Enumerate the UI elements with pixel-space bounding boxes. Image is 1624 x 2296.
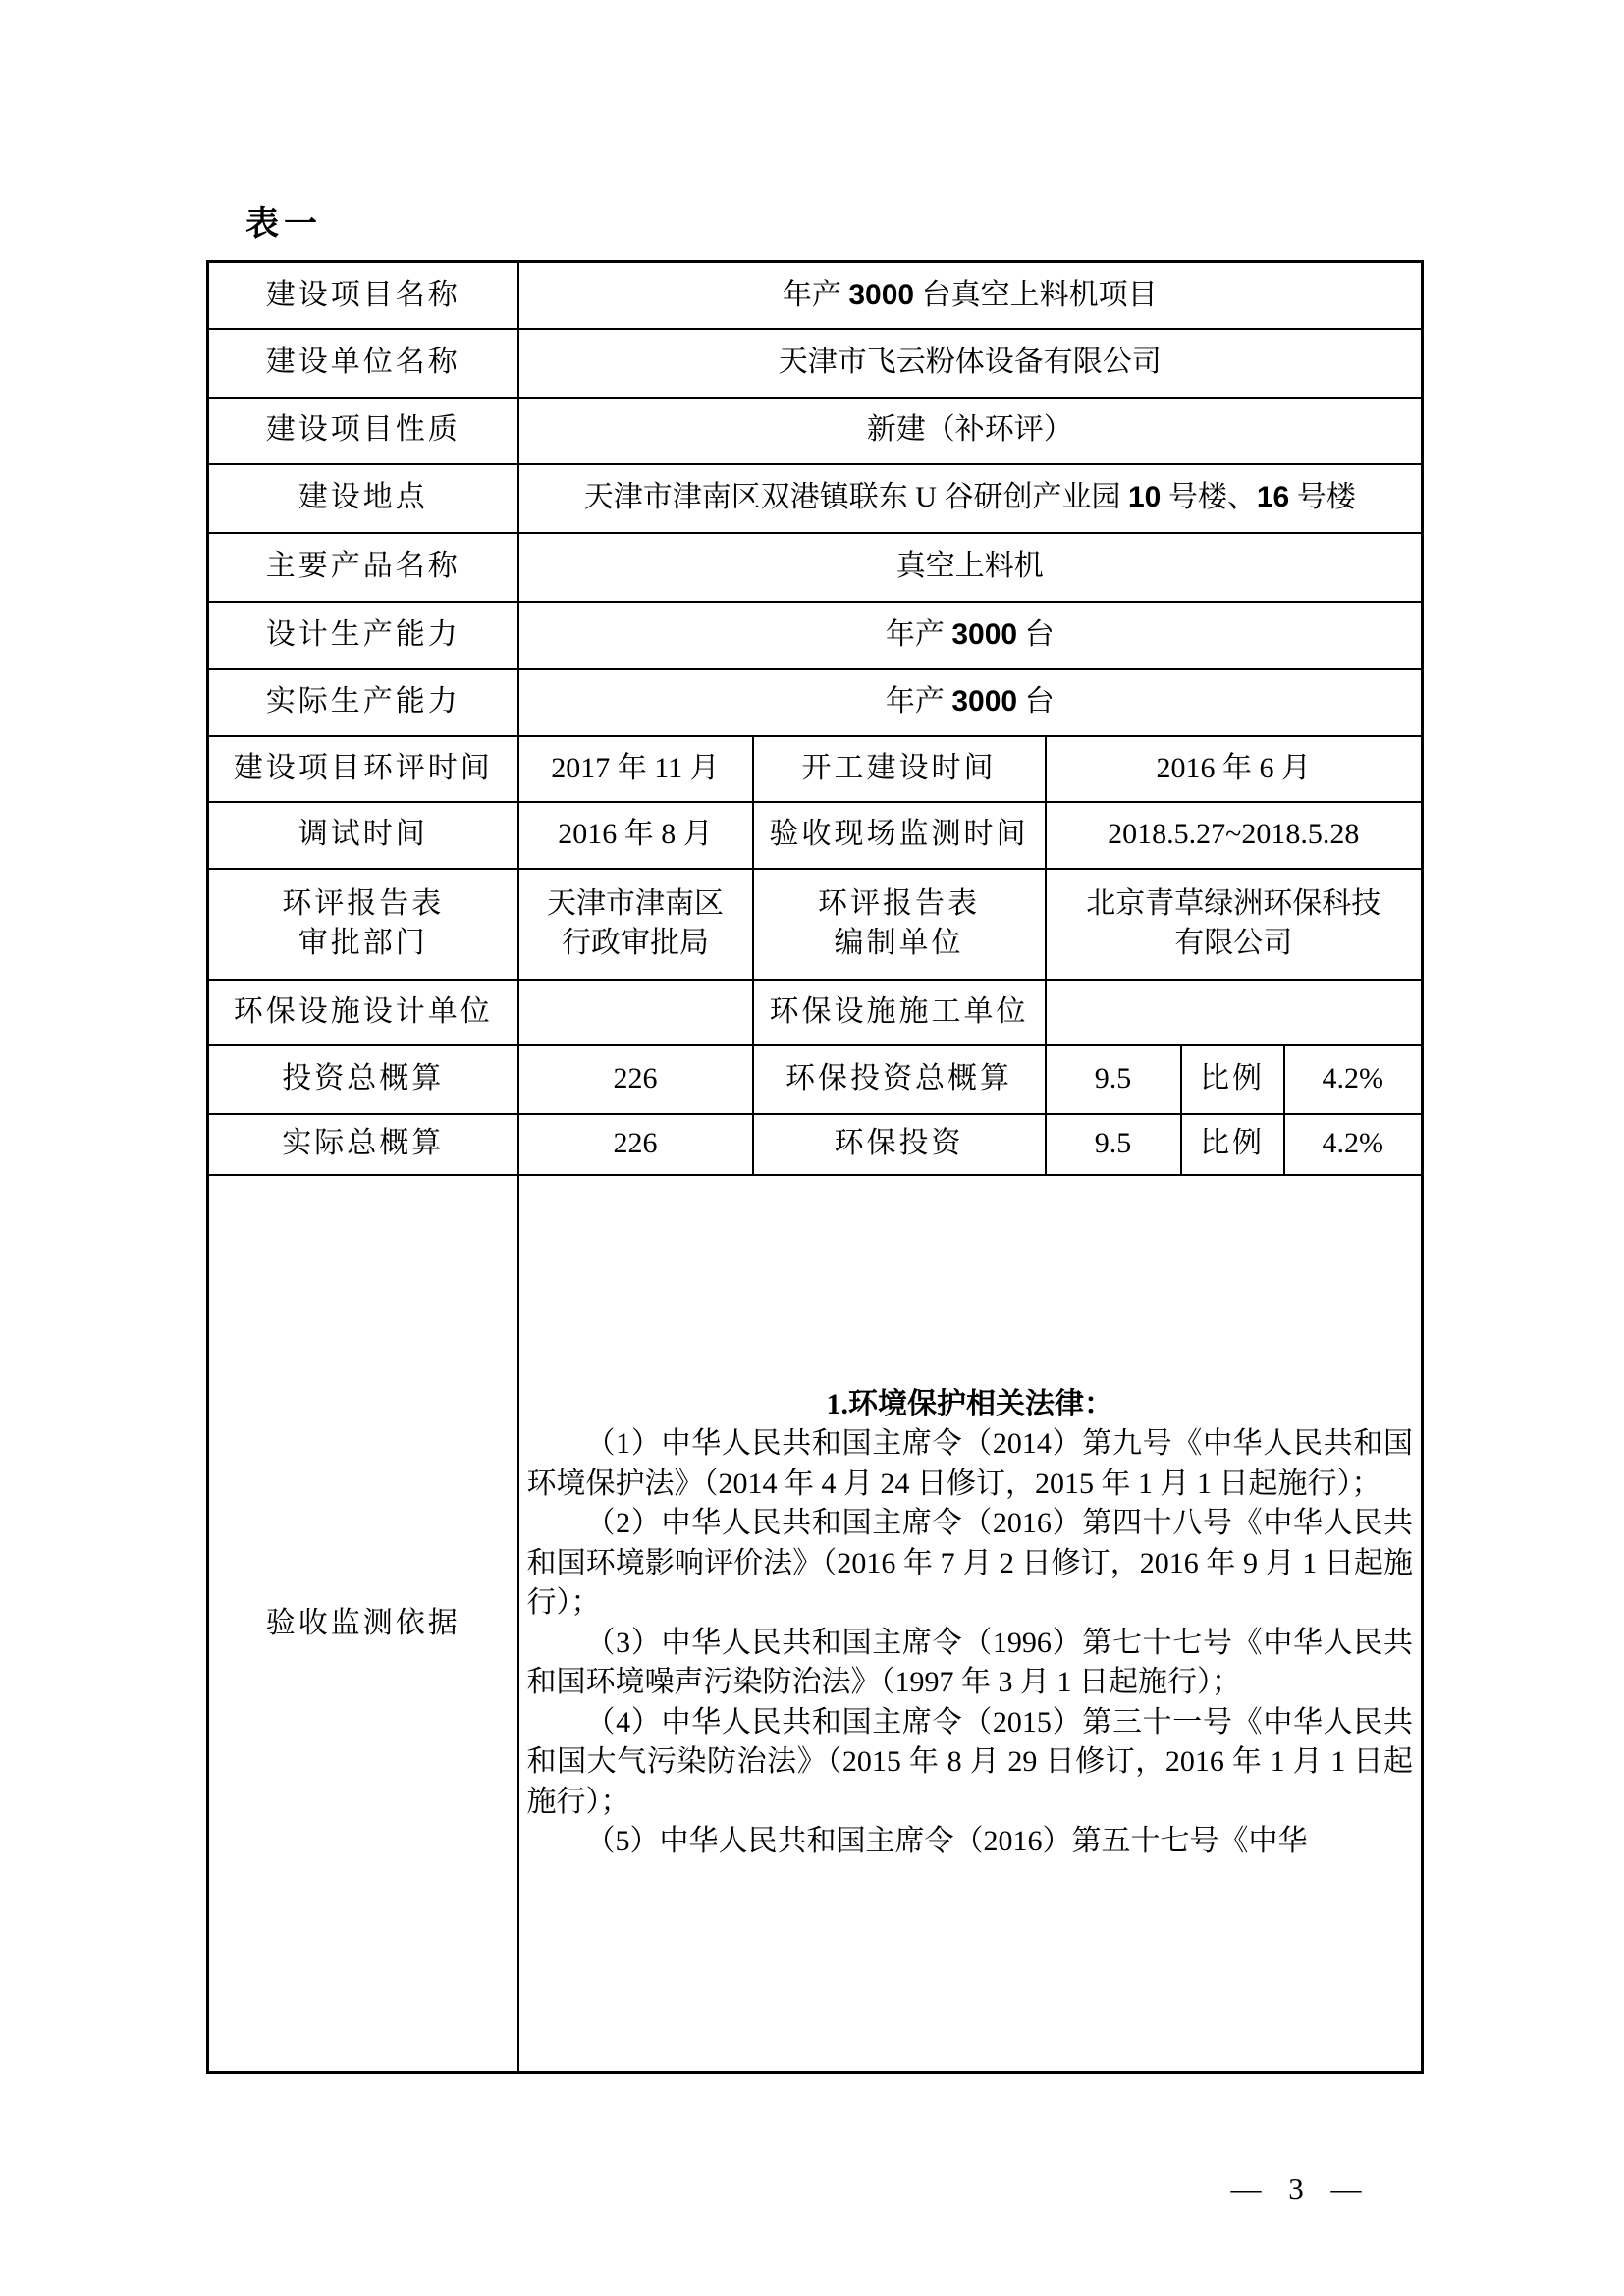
value-project-name: 年产 3000 台真空上料机项目 (518, 262, 1423, 329)
label-actual-total-budget: 实际总概算 (208, 1114, 518, 1175)
table-row: 建设单位名称 天津市飞云粉体设备有限公司 (208, 329, 1423, 398)
label-env-investment: 环保投资 (753, 1114, 1046, 1175)
value-actual-total-budget: 226 (518, 1114, 753, 1175)
label-eia-compiler: 环评报告表 编制单位 (753, 869, 1046, 980)
table-row: 主要产品名称 真空上料机 (208, 533, 1423, 602)
value-total-investment-budget: 226 (518, 1045, 753, 1114)
label-construction-unit: 建设单位名称 (208, 329, 518, 398)
label-actual-capacity: 实际生产能力 (208, 669, 518, 736)
table-row: 验收监测依据 1.环境保护相关法律： （1）中华人民共和国主席令（2014）第九… (208, 1175, 1423, 2073)
table-row: 实际总概算 226 环保投资 9.5 比例 4.2% (208, 1114, 1423, 1175)
value-env-investment: 9.5 (1046, 1114, 1181, 1175)
value-construction-unit: 天津市飞云粉体设备有限公司 (518, 329, 1423, 398)
label-main-product: 主要产品名称 (208, 533, 518, 602)
basis-law-item: （1）中华人民共和国主席令（2014）第九号《中华人民共和国环境保护法》（201… (527, 1424, 1414, 1504)
label-env-facility-construction-unit: 环保设施施工单位 (753, 980, 1046, 1045)
value-ratio-budget: 4.2% (1284, 1045, 1423, 1114)
label-construction-site: 建设地点 (208, 464, 518, 533)
basis-law-item: （5）中华人民共和国主席令（2016）第五十七号《中华 (527, 1822, 1414, 1862)
value-eia-time: 2017 年 11 月 (518, 736, 753, 802)
label-acceptance-monitoring-basis: 验收监测依据 (208, 1175, 518, 2073)
table-one-title: 表一 (245, 196, 322, 244)
value-design-capacity: 年产 3000 台 (518, 602, 1423, 669)
basis-law-item: （3）中华人民共和国主席令（1996）第七十七号《中华人民共和国环境噪声污染防治… (527, 1624, 1414, 1703)
label-eia-approval-dept: 环评报告表 审批部门 (208, 869, 518, 980)
label-project-nature: 建设项目性质 (208, 398, 518, 464)
table-row: 投资总概算 226 环保投资总概算 9.5 比例 4.2% (208, 1045, 1423, 1114)
table-row: 设计生产能力 年产 3000 台 (208, 602, 1423, 669)
value-debug-time: 2016 年 8 月 (518, 802, 753, 869)
label-total-investment-budget: 投资总概算 (208, 1045, 518, 1114)
value-ratio-actual: 4.2% (1284, 1114, 1423, 1175)
label-project-name: 建设项目名称 (208, 262, 518, 329)
value-project-nature: 新建（补环评） (518, 398, 1423, 464)
label-eia-time: 建设项目环评时间 (208, 736, 518, 802)
value-env-facility-design-unit (518, 980, 753, 1045)
basis-law-item: （2）中华人民共和国主席令（2016）第四十八号《中华人民共和国环境影响评价法》… (527, 1504, 1414, 1624)
value-main-product: 真空上料机 (518, 533, 1423, 602)
basis-law-item: （4）中华人民共和国主席令（2015）第三十一号《中华人民共和国大气污染防治法》… (527, 1703, 1414, 1823)
label-ratio-actual: 比例 (1181, 1114, 1284, 1175)
table-row: 环保设施设计单位 环保设施施工单位 (208, 980, 1423, 1045)
project-info-table: 建设项目名称 年产 3000 台真空上料机项目 建设单位名称 天津市飞云粉体设备… (206, 260, 1424, 2074)
table-row: 建设地点 天津市津南区双港镇联东 U 谷研创产业园 10 号楼、16 号楼 (208, 464, 1423, 533)
label-design-capacity: 设计生产能力 (208, 602, 518, 669)
label-ratio-budget: 比例 (1181, 1045, 1284, 1114)
basis-section-heading: 1.环境保护相关法律： (527, 1385, 1414, 1425)
label-env-facility-design-unit: 环保设施设计单位 (208, 980, 518, 1045)
table-row: 调试时间 2016 年 8 月 验收现场监测时间 2018.5.27~2018.… (208, 802, 1423, 869)
table-row: 建设项目环评时间 2017 年 11 月 开工建设时间 2016 年 6 月 (208, 736, 1423, 802)
value-construction-site: 天津市津南区双港镇联东 U 谷研创产业园 10 号楼、16 号楼 (518, 464, 1423, 533)
table-row: 环评报告表 审批部门 天津市津南区 行政审批局 环评报告表 编制单位 北京青草绿… (208, 869, 1423, 980)
value-actual-capacity: 年产 3000 台 (518, 669, 1423, 736)
label-acceptance-monitoring-time: 验收现场监测时间 (753, 802, 1046, 869)
acceptance-monitoring-basis-content: 1.环境保护相关法律： （1）中华人民共和国主席令（2014）第九号《中华人民共… (518, 1175, 1423, 2073)
label-construction-start-time: 开工建设时间 (753, 736, 1046, 802)
label-env-investment-budget: 环保投资总概算 (753, 1045, 1046, 1114)
value-acceptance-monitoring-time: 2018.5.27~2018.5.28 (1046, 802, 1423, 869)
page-number: — 3 — (1213, 2171, 1389, 2207)
value-env-facility-construction-unit (1046, 980, 1423, 1045)
table-row: 实际生产能力 年产 3000 台 (208, 669, 1423, 736)
table-row: 建设项目名称 年产 3000 台真空上料机项目 (208, 262, 1423, 329)
value-eia-compiler: 北京青草绿洲环保科技 有限公司 (1046, 869, 1423, 980)
value-env-investment-budget: 9.5 (1046, 1045, 1181, 1114)
value-construction-start-time: 2016 年 6 月 (1046, 736, 1423, 802)
value-eia-approval-dept: 天津市津南区 行政审批局 (518, 869, 753, 980)
table-row: 建设项目性质 新建（补环评） (208, 398, 1423, 464)
label-debug-time: 调试时间 (208, 802, 518, 869)
